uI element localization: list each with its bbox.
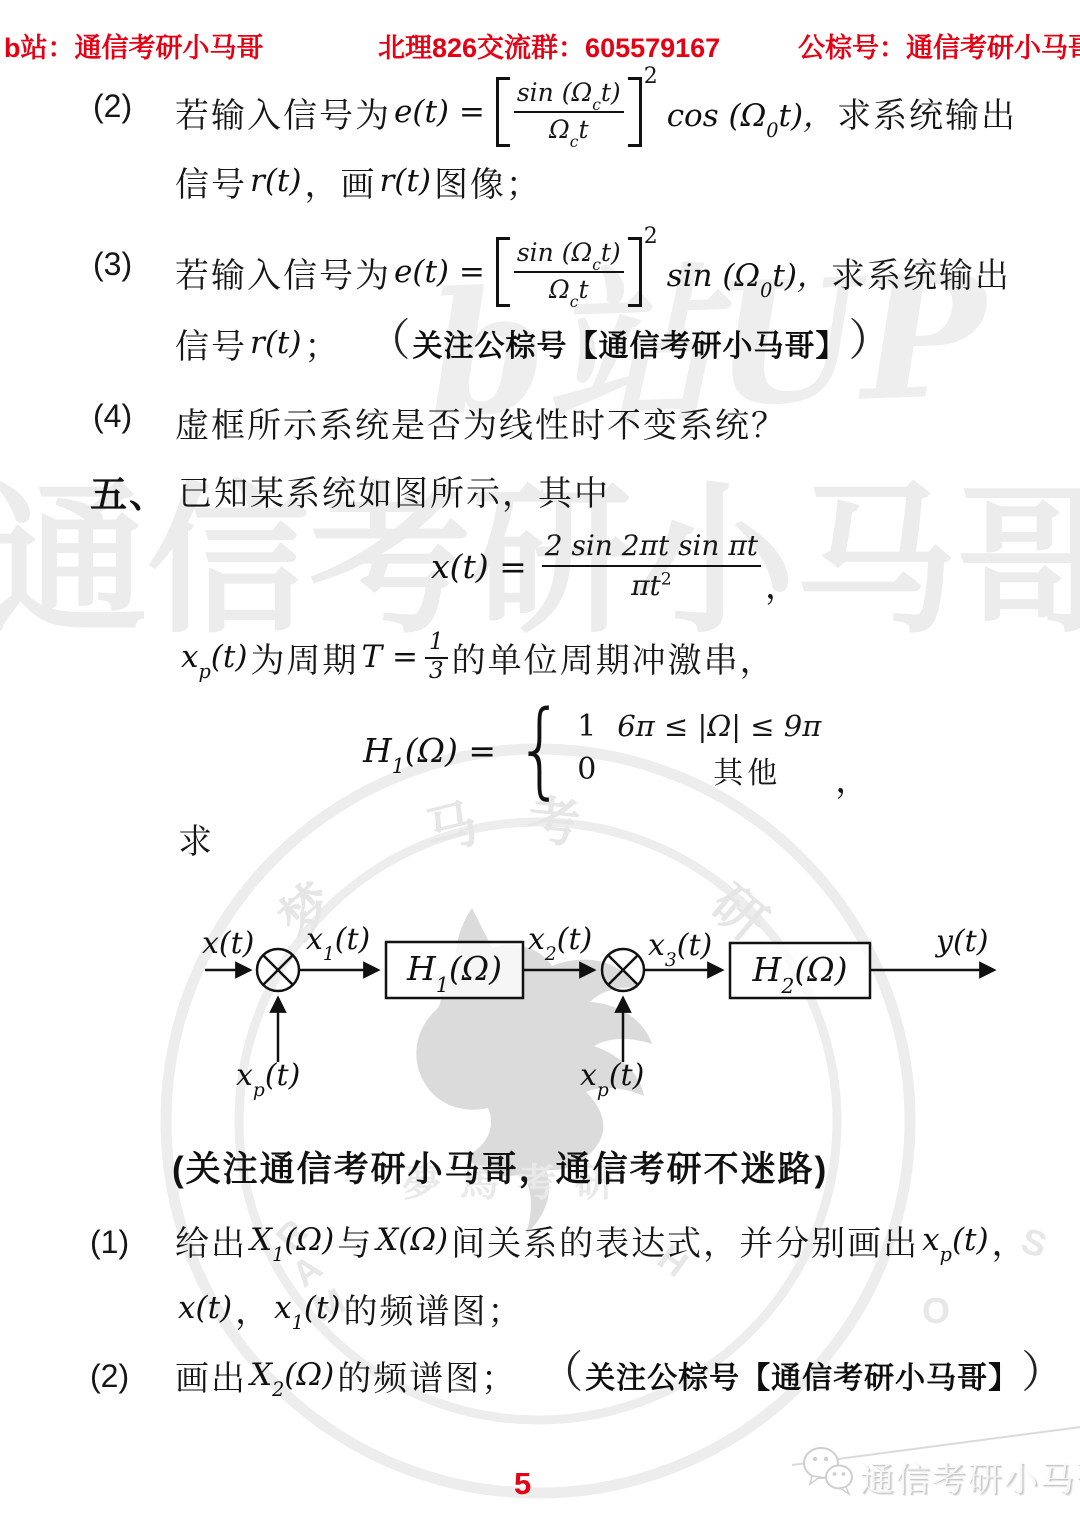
watermark-letter: O: [922, 1290, 950, 1332]
item-3-equation-lhs: e(t) =: [394, 254, 485, 290]
xp-period-line: xp(t) 为周期 T = 1 3 的单位周期冲激串，: [178, 618, 776, 696]
question-1-text: 间关系的表达式，并分别画出: [451, 1216, 919, 1265]
fraction-denominator: Ωct: [549, 273, 588, 305]
symbol-X-omega: X(Ω): [376, 1222, 448, 1258]
symbol-xp-t: xp(t): [922, 1222, 988, 1258]
period-symbol: T =: [361, 639, 418, 675]
case-condition: 其他: [713, 748, 781, 792]
note-paren-open: （: [366, 319, 410, 363]
exponent: 2: [644, 64, 658, 89]
xp-symbol: xp(t): [181, 639, 247, 675]
question-1-text: 与: [337, 1216, 373, 1265]
xt-lhs: x(t) =: [431, 547, 527, 586]
left-bracket: [496, 77, 510, 147]
symbol-x1-t: x1(t): [274, 1290, 340, 1326]
item-2-cosine-term: cos (Ω0t)，: [667, 90, 834, 135]
xt-formula: x(t) = 2 sin 2πt sin πt πt2 ，: [428, 524, 801, 608]
diagram-label-x3: x3(t): [648, 928, 712, 963]
solve-text: 求: [178, 814, 214, 863]
question-1-text: 给出: [175, 1216, 247, 1265]
fraction-numerator: sin (Ωct): [514, 79, 624, 113]
diagram-label-h2: H2(Ω): [730, 950, 870, 989]
fraction: sin (Ωct) Ωct: [510, 77, 628, 147]
h1-case-2: 0 其他: [577, 748, 821, 792]
item-3-tail-text: 求系统输出: [831, 248, 1011, 297]
item-2-line2-text: 信号: [175, 157, 247, 206]
xp-text-tail: 的单位周期冲激串，: [452, 633, 776, 682]
case-condition: 6π ≤ |Ω| ≤ 9π: [617, 709, 821, 743]
h1-lhs: H1(Ω) =: [363, 731, 496, 770]
diagram-label-xp-left: xp(t): [236, 1058, 300, 1093]
item-3-line-2: 信号 r(t) ； （ 关注公棕号【通信考研小马哥】 ）: [175, 318, 894, 368]
fraction-denominator: 3: [429, 659, 444, 684]
xp-text: 为周期: [250, 633, 358, 682]
item-2-line-1: 若输入信号为 e(t) = sin (Ωct) Ωct 2 cos (Ω0t)，…: [175, 72, 1017, 152]
case-value: 0: [577, 752, 617, 787]
item-3-sine-term: sin (Ω0t)，: [667, 250, 828, 295]
diagram-label-x2: x2(t): [528, 922, 592, 957]
question-2-marker: (2): [90, 1358, 129, 1395]
question-1-marker: (1): [90, 1224, 129, 1261]
item-2-text: 若输入信号为: [175, 88, 391, 137]
wechat-icon: [800, 1444, 856, 1496]
item-3-line2-text: ；: [304, 319, 340, 368]
one-third-fraction: 1 3: [425, 630, 448, 684]
item-2-line2-text: ，画: [304, 157, 376, 206]
diagram-label-xp-right: xp(t): [580, 1058, 644, 1093]
item-2-marker: (2): [93, 88, 132, 125]
header-wechat-text: 公棕号：通信考研小马哥: [798, 26, 1080, 65]
item-2-tail-text: 求系统输出: [837, 88, 1017, 137]
note-paren-close: ）: [1021, 1351, 1065, 1395]
item-2-line2-text: 图像；: [434, 157, 542, 206]
header-group-text: 北理826交流群：605579167: [378, 26, 720, 65]
symbol-x-t: x(t): [178, 1290, 232, 1326]
xt-numerator: 2 sin 2πt sin πt: [542, 530, 761, 567]
item-3-line2-text: 信号: [175, 319, 247, 368]
document-page: b站UP 通信考研小马哥 梦 马 考 研 夢 馬 考 研 R A M H O S: [0, 0, 1080, 1522]
fraction-numerator: 1: [425, 630, 448, 658]
exponent: 2: [644, 224, 658, 249]
question-1-text: ，: [235, 1284, 271, 1333]
item-3-bracket-fraction: sin (Ωct) Ωct: [496, 237, 642, 307]
header-bilibili-text: b站：通信考研小马哥: [4, 26, 264, 65]
note-paren-close: ）: [848, 319, 892, 363]
item-3-follow-note: 关注公棕号【通信考研小马哥】: [412, 321, 846, 365]
diagram-label-x1: x1(t): [306, 922, 370, 957]
diagram-label-y: y(t): [936, 924, 988, 959]
diagram-label-x: x(t): [202, 926, 254, 961]
diagram-label-h1: H1(Ω): [386, 949, 523, 988]
section-5-marker: 五、: [90, 464, 168, 518]
fraction: sin (Ωct) Ωct: [510, 237, 628, 307]
h1-definition: H1(Ω) = { 1 6π ≤ |Ω| ≤ 9π 0 其他 ，: [360, 698, 871, 802]
item-2-equation-lhs: e(t) =: [394, 94, 485, 130]
item-2-rt-symbol: r(t): [379, 163, 430, 199]
item-3-marker: (3): [93, 246, 132, 283]
question-1-line-2: x(t) ， x1(t) 的频谱图；: [175, 1282, 524, 1334]
question-2-text: 画出: [175, 1351, 247, 1400]
right-bracket: [628, 237, 642, 307]
comma: ，: [765, 559, 801, 608]
question-2-line: 画出 X2(Ω) 的频谱图； （ 关注公棕号【通信考研小马哥】 ）: [175, 1348, 1067, 1402]
item-4-text: 虚框所示系统是否为线性时不变系统？: [175, 398, 787, 447]
footer-brand-text: 通信考研小马哥: [860, 1452, 1080, 1501]
follow-note-line: (关注通信考研小马哥，通信考研不迷路): [172, 1142, 828, 1192]
xt-fraction: 2 sin 2πt sin πt πt2: [538, 528, 765, 604]
item-4-marker: (4): [93, 398, 132, 435]
item-3-text: 若输入信号为: [175, 248, 391, 297]
item-2-bracket-fraction: sin (Ωct) Ωct: [496, 77, 642, 147]
fraction-denominator: Ωct: [549, 113, 588, 145]
right-bracket: [628, 77, 642, 147]
note-paren-open: （: [539, 1351, 583, 1395]
case-value: 1: [577, 709, 617, 744]
item-2-line-2: 信号 r(t) ，画 r(t) 图像；: [175, 158, 542, 204]
fraction-numerator: sin (Ωct): [514, 239, 624, 273]
question-1-line-1: 给出 X1(Ω) 与 X(Ω) 间关系的表达式，并分别画出 xp(t) ，: [175, 1214, 1028, 1266]
page-number: 5: [514, 1466, 531, 1502]
question-2-text: 的频谱图；: [337, 1351, 517, 1400]
symbol-X2-omega: X2(Ω): [250, 1357, 334, 1393]
item-2-rt-symbol: r(t): [250, 163, 301, 199]
comma: ，: [992, 1216, 1028, 1265]
cases-brace: {: [515, 707, 565, 792]
question-2-follow-note: 关注公棕号【通信考研小马哥】: [585, 1353, 1019, 1397]
symbol-X1-omega: X1(Ω): [250, 1222, 334, 1258]
h1-case-1: 1 6π ≤ |Ω| ≤ 9π: [577, 709, 821, 744]
xt-denominator: πt2: [631, 567, 671, 602]
comma: ，: [835, 753, 871, 802]
h1-cases: 1 6π ≤ |Ω| ≤ 9π 0 其他: [577, 709, 821, 792]
question-1-text: 的频谱图；: [344, 1284, 524, 1333]
left-bracket: [496, 237, 510, 307]
item-3-rt-symbol: r(t): [250, 325, 301, 361]
section-5-intro-text: 已知某系统如图所示，其中: [178, 466, 610, 515]
item-3-line-1: 若输入信号为 e(t) = sin (Ωct) Ωct 2 sin (Ω0t)，…: [175, 232, 1011, 312]
